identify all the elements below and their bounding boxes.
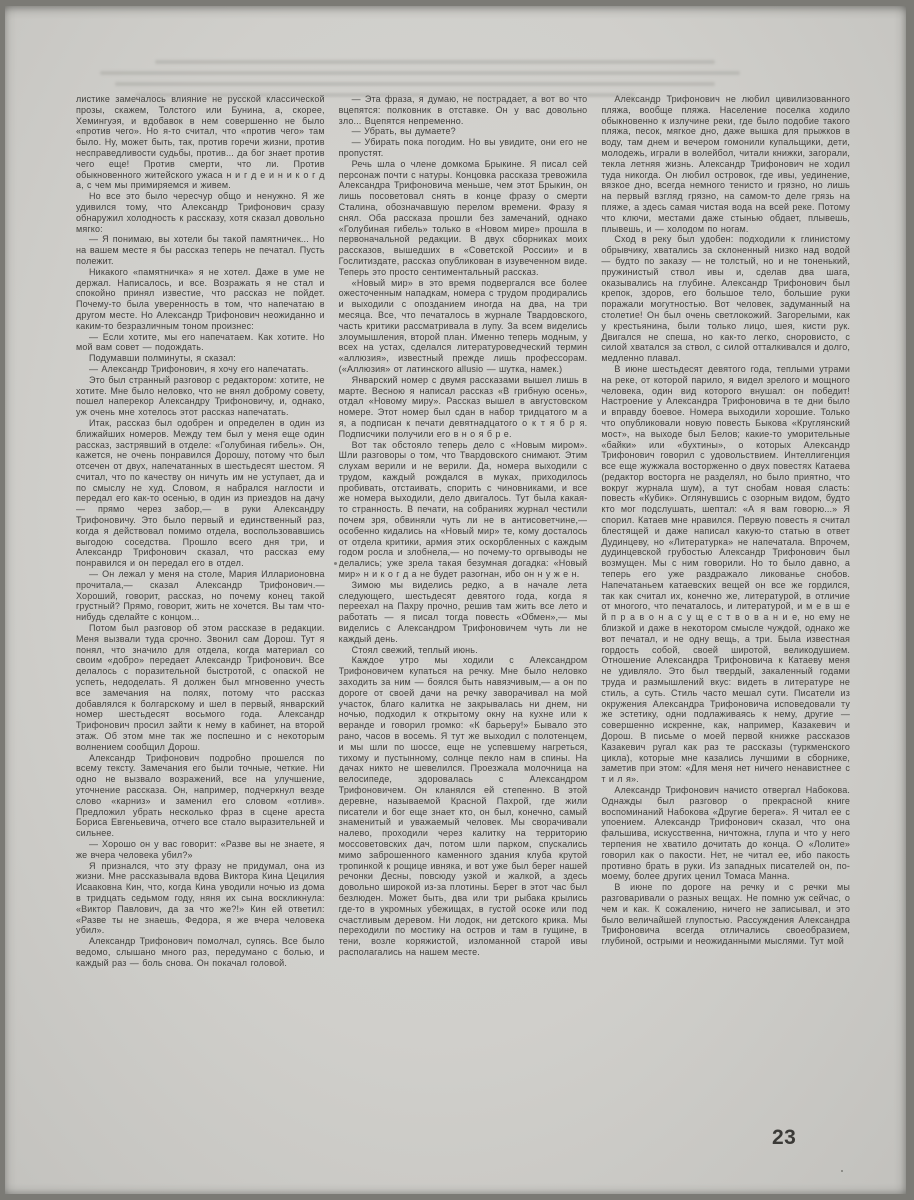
text-column: Александр Трифонович не любил цивилизова… (601, 94, 850, 1126)
paragraph: Это был странный разговор с редактором: … (76, 375, 325, 418)
paragraph: Зимою мы виделись редко, а в начале лета… (339, 580, 588, 645)
page-number: 23 (772, 1126, 796, 1150)
paragraph: — Убирать пока погодим. Но вы увидите, о… (339, 137, 588, 159)
paragraph: В июне шестьдесят девятого года, теплыми… (601, 364, 850, 785)
paragraph: Стоял свежий, теплый июнь. (339, 645, 588, 656)
paragraph: — Если хотите, мы его напечатаем. Как хо… (76, 332, 325, 354)
paragraph: — Эта фраза, я думаю, не пострадает, а в… (339, 94, 588, 126)
paragraph: Вот так обстояло теперь дело с «Новым ми… (339, 440, 588, 580)
paragraph: Потом был разговор об этом рассказе в ре… (76, 623, 325, 753)
paragraph: — Александр Трифонович, я хочу его напеч… (76, 364, 325, 375)
article-text-area: листике замечалось влияние не русской кл… (76, 94, 850, 1126)
scan-speck (841, 1170, 843, 1172)
paragraph: «Новый мир» в это время подвергался все … (339, 278, 588, 375)
paragraph: Итак, рассказ был одобрен и определен в … (76, 418, 325, 569)
text-column: листике замечалось влияние не русской кл… (76, 94, 325, 1126)
paragraph: В июне по дороге на речку и с речки мы р… (601, 882, 850, 947)
bleed-through-ghost-line (100, 71, 740, 75)
paragraph: Никакого «памятничка» я не хотел. Даже в… (76, 267, 325, 332)
paragraph: Сход в реку был удобен: подходили к глин… (601, 234, 850, 364)
scan-speck (334, 562, 337, 565)
paragraph: Александр Трифонович помолчал, супясь. В… (76, 936, 325, 968)
paragraph: — Хорошо он у вас говорит: «Разве вы не … (76, 839, 325, 861)
paragraph: — Он лежал у меня на столе, Мария Иллари… (76, 569, 325, 623)
text-column: — Эта фраза, я думаю, не пострадает, а в… (339, 94, 588, 1126)
paragraph: листике замечалось влияние не русской кл… (76, 94, 325, 191)
paragraph: Каждое утро мы ходили с Александром Триф… (339, 655, 588, 957)
paragraph: — Я понимаю, вы хотели бы такой памятнич… (76, 234, 325, 266)
paragraph: Александр Трифонович не любил цивилизова… (601, 94, 850, 234)
paragraph: Александр Трифонович подробно прошелся п… (76, 753, 325, 839)
paragraph: Но все это было чересчур общо и ненужно.… (76, 191, 325, 234)
paragraph: Александр Трифонович начисто отвергал На… (601, 785, 850, 882)
bleed-through-ghost-line (155, 60, 715, 64)
paragraph: Речь шла о члене домкома Брыкине. Я писа… (339, 159, 588, 278)
scanned-magazine-page: листике замечалось влияние не русской кл… (5, 6, 906, 1194)
paragraph: Я признался, что эту фразу не придумал, … (76, 861, 325, 937)
paragraph: Январский номер с двумя рассказами вышел… (339, 375, 588, 440)
bleed-through-ghost-line (115, 82, 715, 86)
paragraph: Подумавши полминуты, я сказал: (76, 353, 325, 364)
paragraph: — Убрать, вы думаете? (339, 126, 588, 137)
